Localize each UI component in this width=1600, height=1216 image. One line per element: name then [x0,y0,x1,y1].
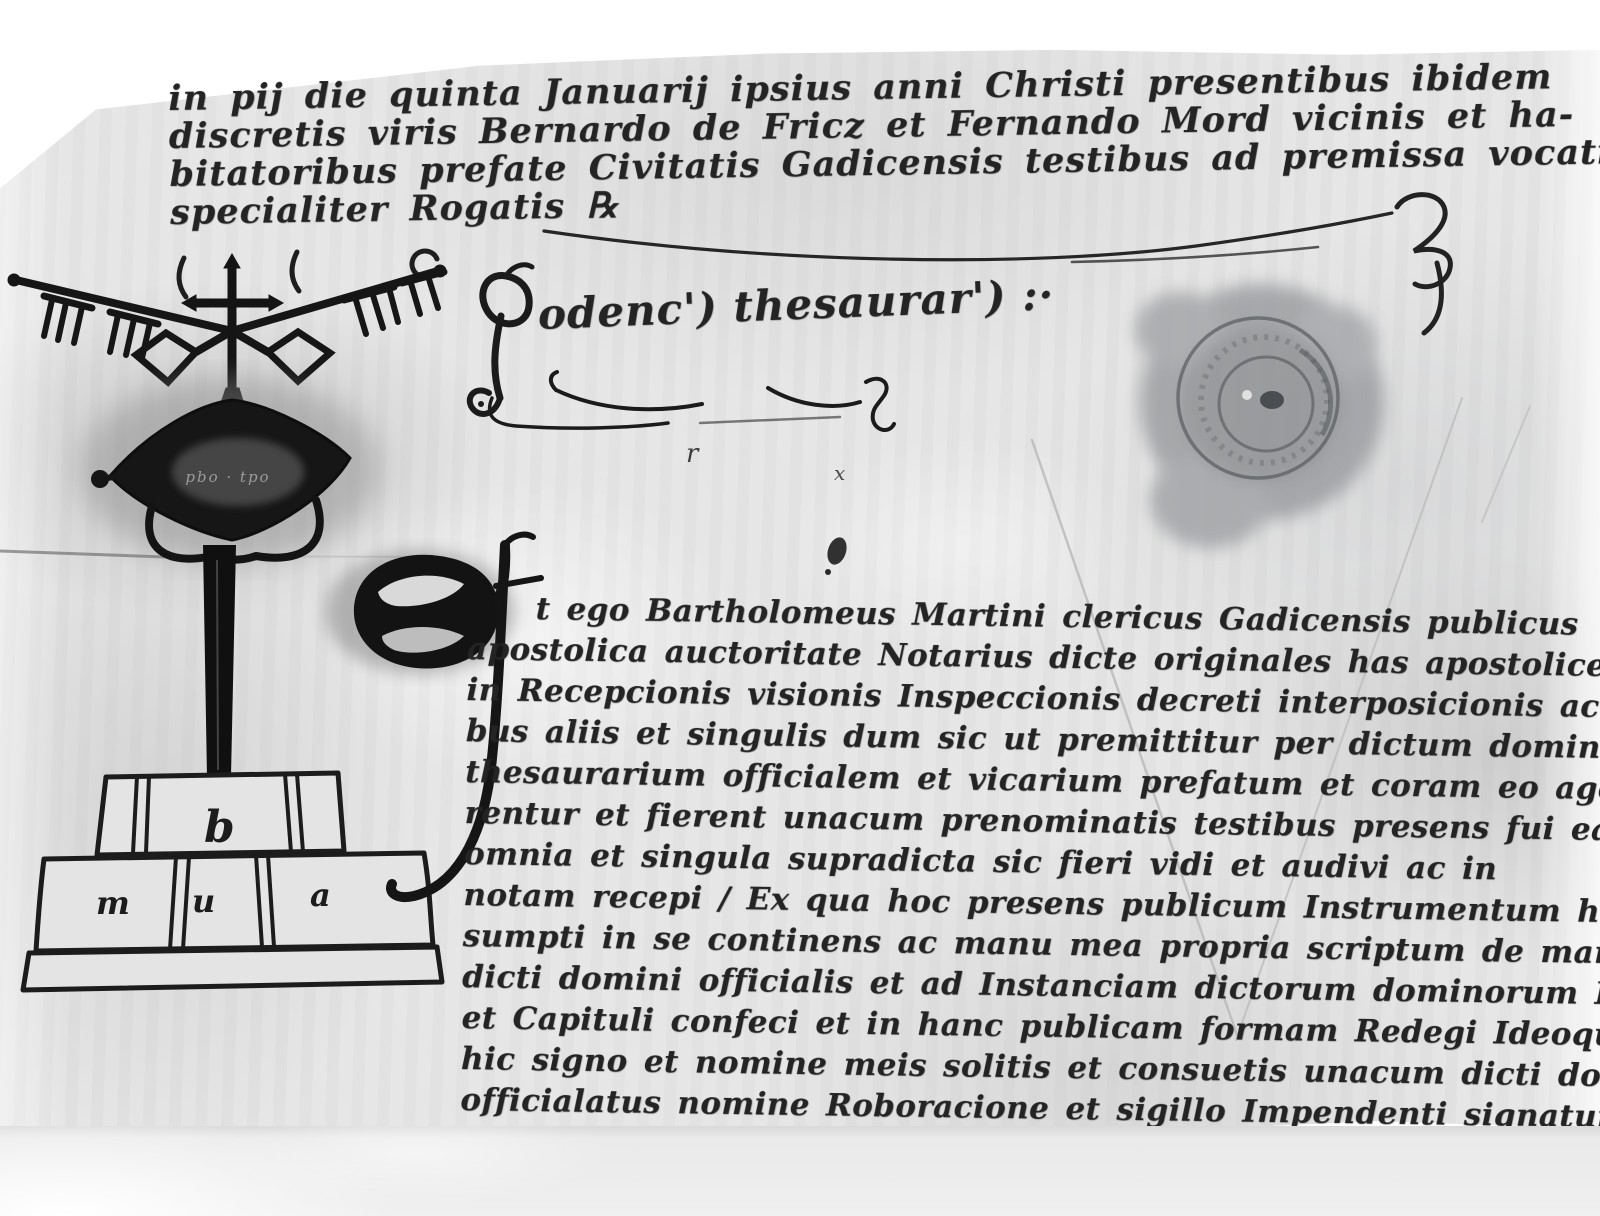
sign-stem [203,545,236,778]
pedestal-upper-mark: b [204,802,235,853]
crossed-keys-icon [8,265,446,382]
scan-lower-band [0,1126,1600,1216]
pedestal-lower-mark-2: u [192,882,215,920]
wax-seal-icon [1135,284,1384,548]
sign-diamond: pbo · tpo [80,378,380,562]
signature-flourishes: r x [490,372,894,485]
ink-blot [824,535,850,575]
signature-mark-r: r [686,439,700,469]
top-text-block: in pij die quinta Januarij ipsius anni C… [168,57,1600,232]
pedestal-lower-mark-3: a [310,876,331,914]
signature-mark-x: x [834,461,845,485]
sign-pedestal: b m u a [23,773,442,990]
main-text-block: t ego Bartholomeus Martini clericus Gadi… [460,588,1600,1141]
sign-top-flourishes [179,251,437,297]
pedestal-lower-mark-1: m [96,884,130,922]
diamond-inscription: pbo · tpo [185,468,270,486]
signature-initial-p-icon [470,265,532,414]
